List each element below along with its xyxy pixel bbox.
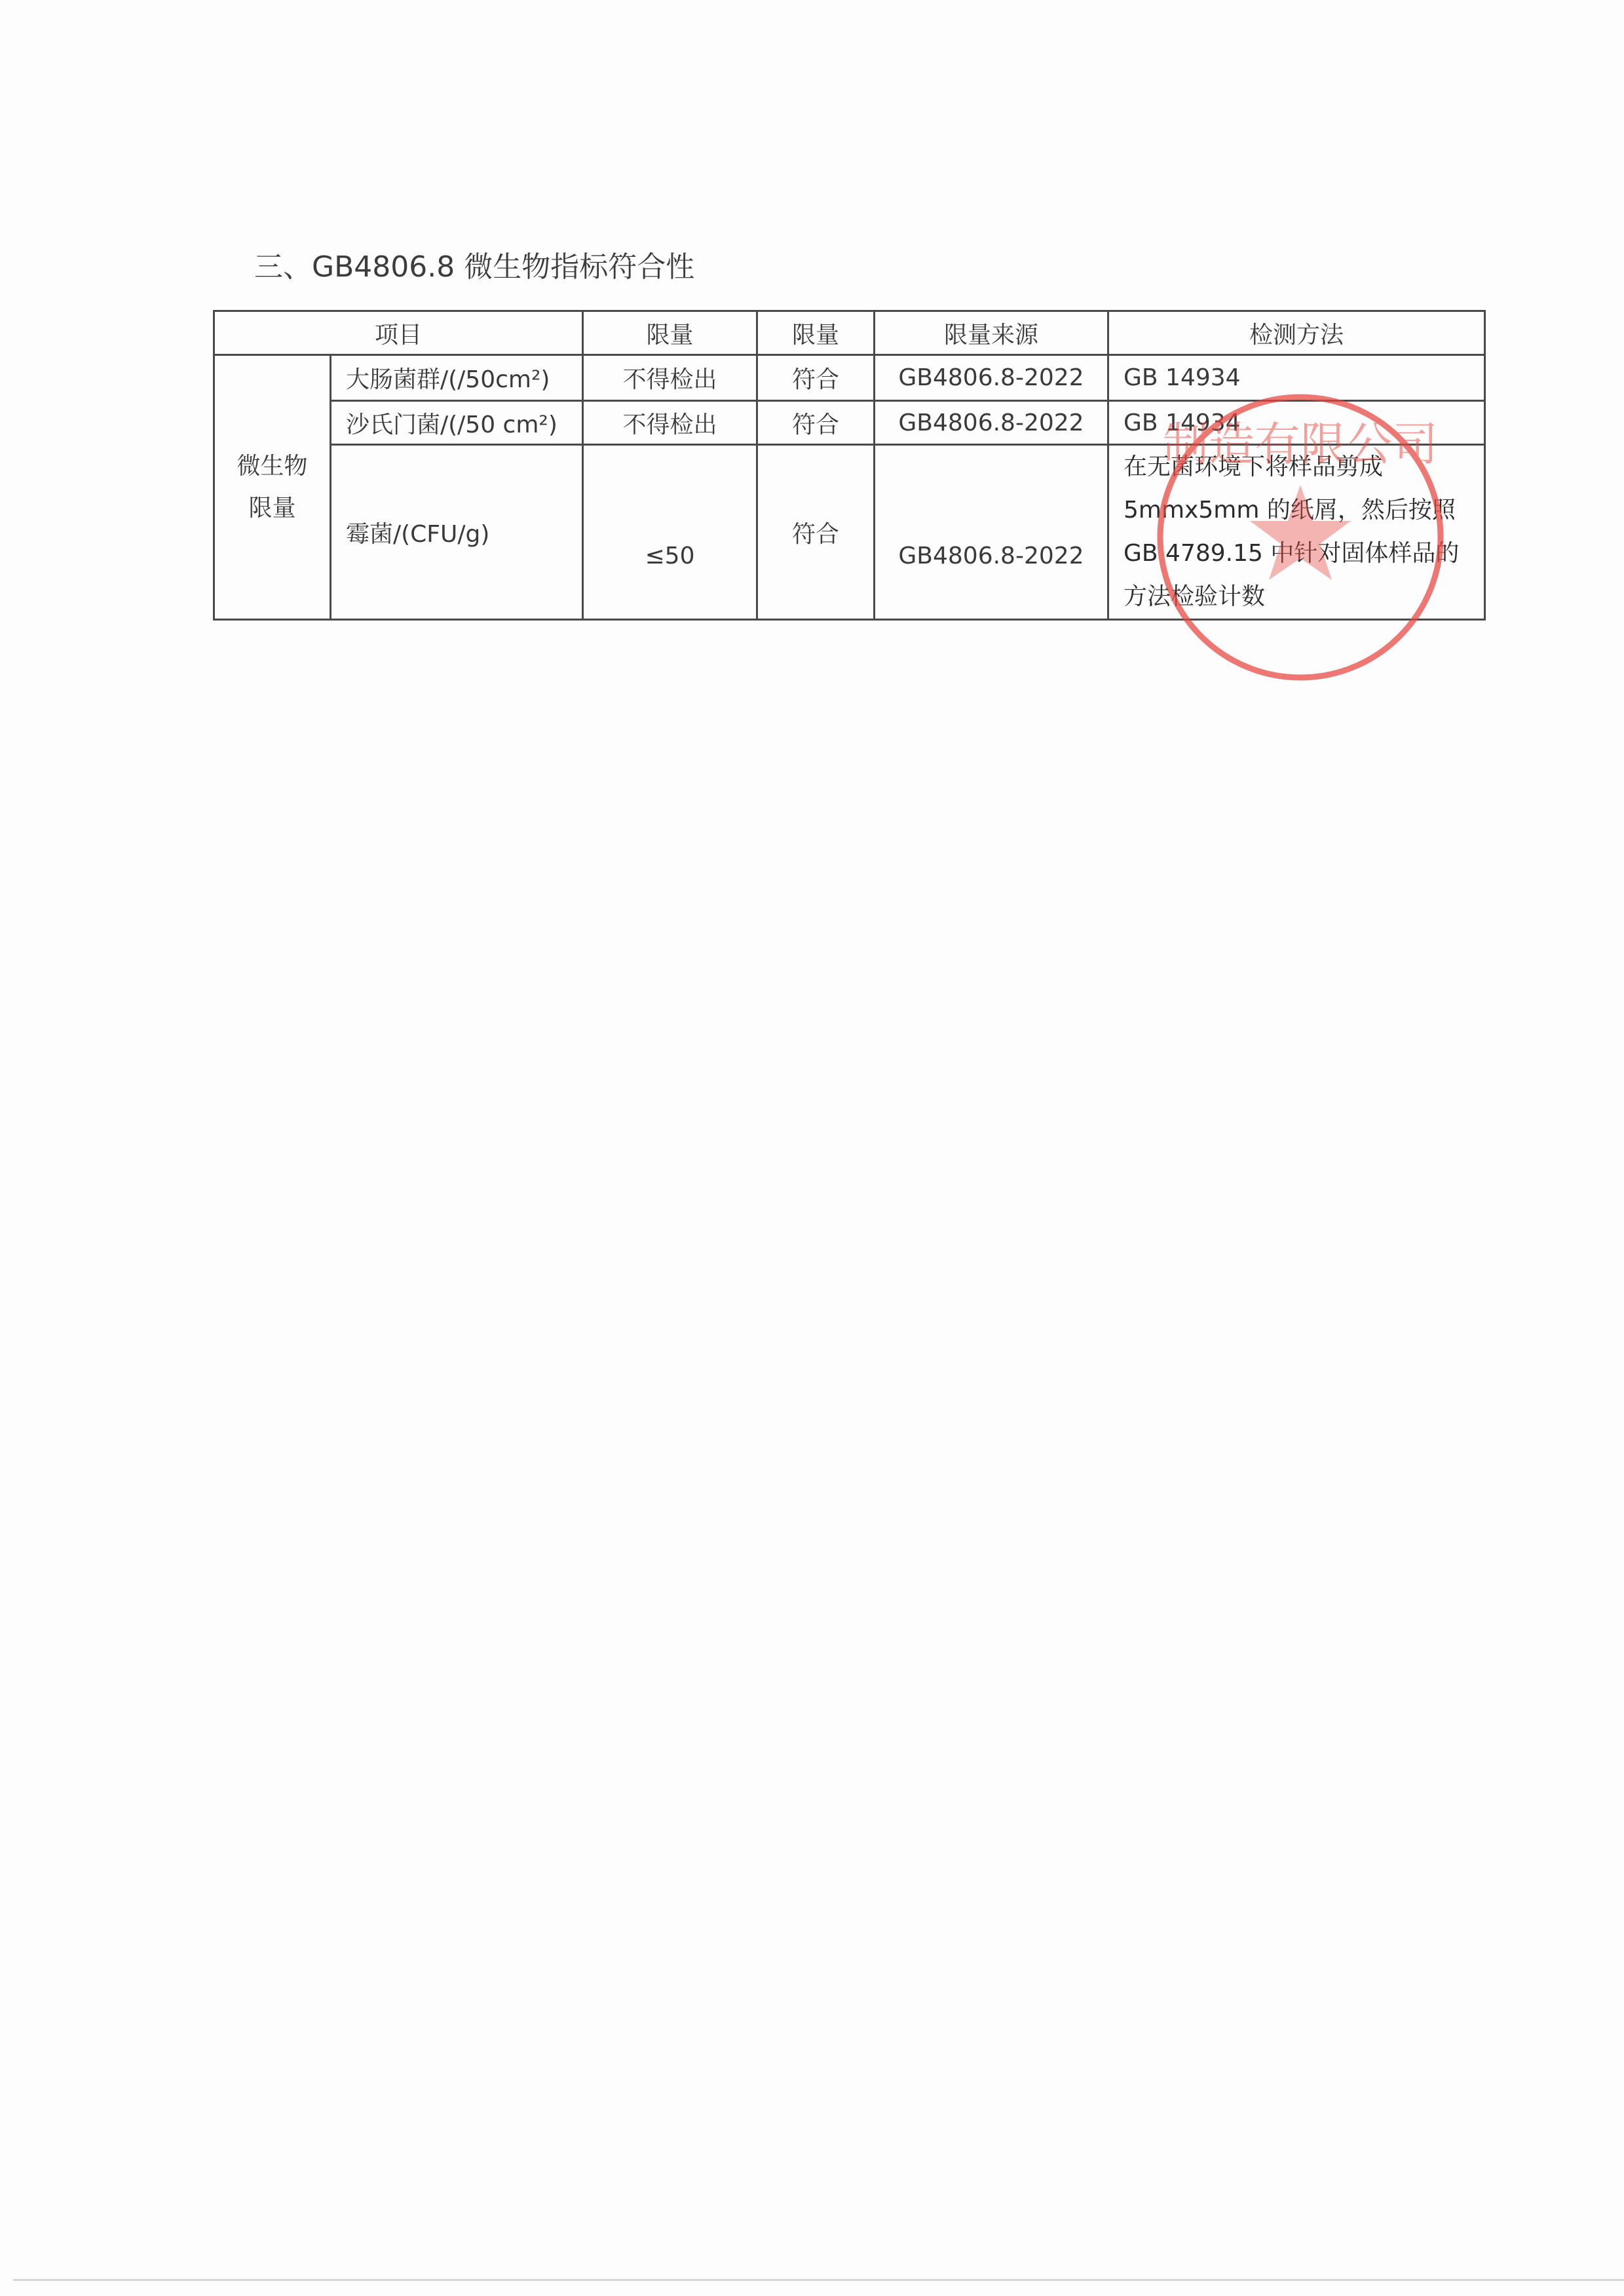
header-limit-source: 限量来源 <box>875 311 1108 355</box>
group-label-line2: 限量 <box>215 488 330 529</box>
item-coliform: 大肠菌群/(/50cm²) <box>331 355 583 401</box>
test-method-mold-line1: 在无菌环境下将样品剪成 <box>1124 446 1484 489</box>
test-method-salmonella: GB 14934 <box>1108 401 1485 445</box>
item-salmonella: 沙氏门菌/(/50 cm²) <box>331 401 583 445</box>
section-title: 三、GB4806.8 微生物指标符合性 <box>254 248 694 287</box>
limit-source-mold: GB4806.8-2022 <box>875 445 1108 620</box>
group-label-microbial-limit: 微生物 限量 <box>214 355 331 620</box>
table-row: 霉菌/(CFU/g) ≤50 符合 GB4806.8-2022 在无菌环境下将样… <box>214 445 1485 620</box>
microbial-compliance-table: 项目 限量 限量 限量来源 检测方法 微生物 限量 大肠菌群/(/50cm²) … <box>213 310 1486 621</box>
conformity-mold: 符合 <box>757 445 875 620</box>
test-method-mold-line3: GB 4789.15 中针对固体样品的 <box>1124 532 1484 575</box>
limit-coliform: 不得检出 <box>583 355 757 401</box>
page-bottom-edge <box>13 2279 1624 2281</box>
conformity-salmonella: 符合 <box>757 401 875 445</box>
table-row: 微生物 限量 大肠菌群/(/50cm²) 不得检出 符合 GB4806.8-20… <box>214 355 1485 401</box>
test-method-coliform: GB 14934 <box>1108 355 1485 401</box>
conformity-coliform: 符合 <box>757 355 875 401</box>
limit-mold: ≤50 <box>583 445 757 620</box>
header-item: 项目 <box>214 311 583 355</box>
limit-salmonella: 不得检出 <box>583 401 757 445</box>
header-limit: 限量 <box>583 311 757 355</box>
table-row: 沙氏门菌/(/50 cm²) 不得检出 符合 GB4806.8-2022 GB … <box>214 401 1485 445</box>
test-method-mold-line2: 5mmx5mm 的纸屑，然后按照 <box>1124 489 1484 532</box>
table-header-row: 项目 限量 限量 限量来源 检测方法 <box>214 311 1485 355</box>
item-mold: 霉菌/(CFU/g) <box>331 445 583 620</box>
limit-source-salmonella: GB4806.8-2022 <box>875 401 1108 445</box>
test-method-mold-line4: 方法检验计数 <box>1124 575 1484 619</box>
test-method-mold: 在无菌环境下将样品剪成 5mmx5mm 的纸屑，然后按照 GB 4789.15 … <box>1108 445 1485 620</box>
limit-source-coliform: GB4806.8-2022 <box>875 355 1108 401</box>
header-conformity: 限量 <box>757 311 875 355</box>
header-test-method: 检测方法 <box>1108 311 1485 355</box>
group-label-line1: 微生物 <box>215 446 330 488</box>
